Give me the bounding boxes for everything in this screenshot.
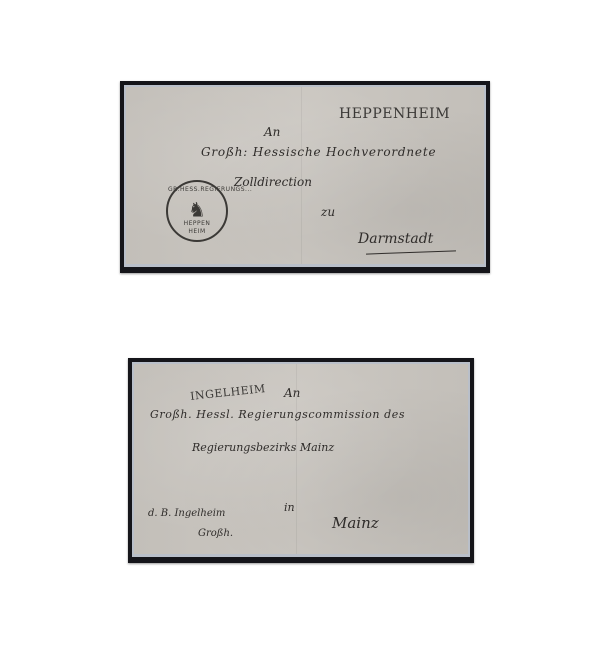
cover-ingelheim-mount: INGELHEIM An Großh. Hessl. Regierungscom…: [128, 358, 474, 563]
seal-bottom-text: HEPPEN: [168, 220, 226, 227]
cover-heppenheim-paper: HEPPENHEIM An Großh: Hessische Hochveror…: [126, 87, 484, 264]
seal-stamp: GR.HESS.REGIERUNGS... ♞ HEPPEN HEIM: [166, 180, 228, 242]
address-line-1: An: [284, 386, 300, 400]
address-line-5: Mainz: [332, 514, 379, 532]
cover-heppenheim-mount: HEPPENHEIM An Großh: Hessische Hochveror…: [120, 81, 490, 273]
postmark-heppenheim: HEPPENHEIM: [339, 106, 450, 122]
address-line-4: in: [284, 501, 295, 514]
seal-year-text: HEIM: [168, 228, 226, 235]
address-line-2: Großh. Hessl. Regierungscommission des: [150, 408, 405, 421]
address-line-2: Großh: Hessische Hochverordnete: [201, 145, 436, 159]
address-line-5: Darmstadt: [358, 231, 433, 247]
address-line-3: Regierungsbezirks Mainz: [192, 441, 334, 454]
postmark-ingelheim: INGELHEIM: [190, 382, 267, 403]
sender-note-line-2: Großh.: [198, 528, 233, 539]
lion-icon: ♞: [188, 199, 206, 219]
cover-ingelheim-paper: INGELHEIM An Großh. Hessl. Regierungscom…: [134, 364, 468, 554]
seal-ring-text: GR.HESS.REGIERUNGS...: [168, 186, 226, 193]
address-line-4: zu: [321, 205, 335, 219]
address-line-1: An: [264, 125, 280, 139]
address-underline: [366, 250, 456, 254]
sender-note-line-1: d. B. Ingelheim: [148, 508, 225, 519]
